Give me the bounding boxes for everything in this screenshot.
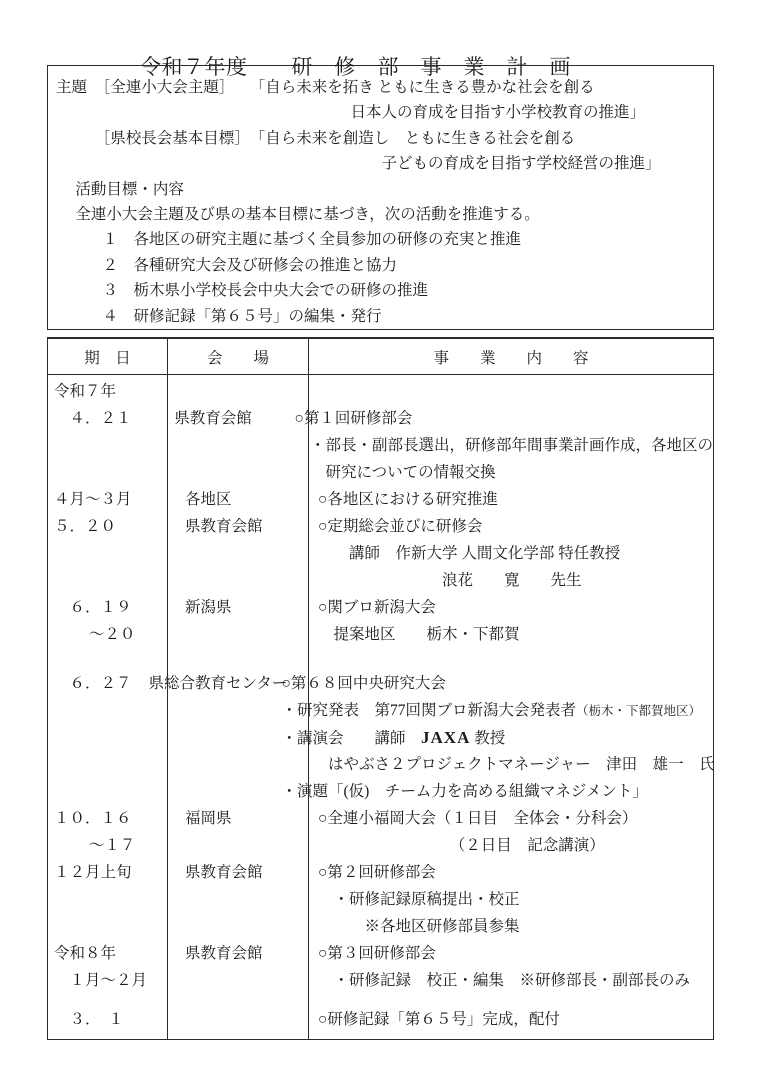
document-page: 令和７年度研 修 部 事 業 計 画 主題 ［全連小大会主題］ 「自ら未来を拓き… bbox=[0, 0, 761, 1082]
schedule-content-cell: ○全連小福岡大会（１日目 全体会・分科会） （２日目 記念講演）○第２回研修部会… bbox=[309, 805, 713, 940]
schedule-line bbox=[168, 540, 309, 567]
schedule-content-cell: ○第３回研修部会 ・研修記録 校正・編集 ※研修部長・副部長のみ bbox=[309, 940, 713, 994]
schedule-date-cell: ６．１９ ～２０ bbox=[48, 594, 168, 648]
summary-line: ３ 栃木県小学校長会中央大会での研修の推進 bbox=[48, 278, 713, 303]
schedule-line bbox=[168, 1006, 309, 1033]
summary-line: 全連小大会主題及び県の基本目標に基づき，次の活動を推進する。 bbox=[48, 202, 713, 227]
text-segment: 教授 bbox=[470, 730, 505, 747]
schedule-venue-cell: 福岡県県教育会館 bbox=[168, 805, 309, 940]
schedule-row: １０．１６ ～１７１２月上旬福岡県県教育会館○全連小福岡大会（１日目 全体会・分… bbox=[48, 805, 713, 940]
col-header-date: 期 日 bbox=[48, 339, 168, 374]
schedule-line: ・講演会 講師 JAXA 教授 bbox=[273, 724, 713, 751]
schedule-header-row: 期 日 会 場 事 業 内 容 bbox=[48, 339, 713, 375]
schedule-date-cell: １０．１６ ～１７１２月上旬 bbox=[48, 805, 168, 940]
schedule-line: ○各地区における研究推進 bbox=[309, 486, 713, 513]
schedule-line bbox=[168, 886, 309, 913]
schedule-line: 講師 作新大学 人間文化学部 特任教授 bbox=[309, 540, 713, 567]
schedule-row: ６．２７県総合教育センター○第６８回中央研究大会・研究発表 第77回関ブロ新潟大… bbox=[48, 670, 713, 805]
schedule-line: １０．１６ bbox=[48, 805, 168, 832]
summary-line: 活動目標・内容 bbox=[48, 177, 713, 202]
summary-line: 主題 ［全連小大会主題］ 「自ら未来を拓き ともに生きる豊かな社会を創る bbox=[48, 75, 713, 100]
schedule-line bbox=[48, 567, 168, 594]
schedule-venue-cell: 県教育会館 bbox=[168, 940, 309, 994]
schedule-line bbox=[168, 967, 309, 994]
schedule-line: １月～２月 bbox=[48, 967, 168, 994]
schedule-content-cell: ○研修記録「第６５号」完成，配付 bbox=[309, 1006, 713, 1033]
schedule-body: 令和７年 ４．２１県教育会館○第１回研修部会 ・部長・副部長選出，研修部年間事業… bbox=[48, 375, 713, 1040]
schedule-venue-cell: 新潟県 bbox=[168, 594, 309, 648]
schedule-line: ・部長・副部長選出，研修部年間事業計画作成，各地区の bbox=[285, 432, 713, 459]
schedule-row: 令和８年 １月～２月県教育会館○第３回研修部会 ・研修記録 校正・編集 ※研修部… bbox=[48, 940, 713, 994]
column-divider bbox=[167, 375, 168, 1040]
col-header-venue: 会 場 bbox=[168, 339, 309, 374]
summary-line: ２ 各種研究大会及び研修会の推進と協力 bbox=[48, 253, 713, 278]
schedule-line: ～２０ bbox=[48, 621, 168, 648]
schedule-line: 県教育会館 bbox=[168, 859, 309, 886]
schedule-table: 期 日 会 場 事 業 内 容 令和７年 ４．２１県教育会館○第１回研修部会 ・… bbox=[47, 337, 714, 1040]
schedule-line: 県総合教育センター bbox=[132, 670, 273, 697]
schedule-line: ○研修記録「第６５号」完成，配付 bbox=[309, 1006, 713, 1033]
schedule-line: ○関ブロ新潟大会 bbox=[309, 594, 713, 621]
schedule-date-cell: ６．２７ bbox=[48, 670, 132, 805]
schedule-line bbox=[168, 832, 309, 859]
schedule-line: ６．１９ bbox=[48, 594, 168, 621]
schedule-line: 福岡県 bbox=[168, 805, 309, 832]
schedule-row: ４月～３月５．２０各地区県教育会館○各地区における研究推進○定期総会並びに研修会… bbox=[48, 486, 713, 594]
schedule-line bbox=[132, 724, 273, 751]
schedule-line: ○定期総会並びに研修会 bbox=[309, 513, 713, 540]
schedule-line bbox=[48, 724, 132, 751]
schedule-date-cell: 令和７年 ４．２１ bbox=[48, 378, 157, 486]
schedule-line: 新潟県 bbox=[168, 594, 309, 621]
schedule-line: ・演題「(仮) チーム力を高める組織マネジメント」 bbox=[273, 778, 713, 805]
schedule-line: ・研修記録原稿提出・校正 bbox=[309, 886, 713, 913]
schedule-line bbox=[168, 621, 309, 648]
summary-line: ４ 研修記録「第６５号」の編集・発行 bbox=[48, 304, 713, 329]
text-segment: ・研究発表 第77回関ブロ新潟大会発表者 bbox=[282, 702, 577, 719]
schedule-line: ・研究発表 第77回関ブロ新潟大会発表者（栃木・下都賀地区） bbox=[273, 697, 713, 724]
schedule-line bbox=[48, 913, 168, 940]
schedule-line: ３． １ bbox=[48, 1006, 168, 1033]
column-divider bbox=[308, 375, 309, 1040]
schedule-line: ５．２０ bbox=[48, 513, 168, 540]
schedule-line bbox=[48, 540, 168, 567]
schedule-line: 各地区 bbox=[168, 486, 309, 513]
summary-line: ［県校長会基本目標］ 「自ら未来を創造し ともに生きる社会を創る bbox=[48, 126, 713, 151]
schedule-line: １２月上旬 bbox=[48, 859, 168, 886]
schedule-date-cell: ４月～３月５．２０ bbox=[48, 486, 168, 594]
schedule-date-cell: ３． １ bbox=[48, 1006, 168, 1033]
schedule-line: 提案地区 栃木・下都賀 bbox=[309, 621, 713, 648]
text-segment: ・講演会 講師 bbox=[282, 730, 422, 747]
schedule-line: 県教育会館 bbox=[168, 513, 309, 540]
schedule-line bbox=[157, 378, 285, 405]
schedule-row: ３． １○研修記録「第６５号」完成，配付 bbox=[48, 1006, 713, 1033]
schedule-line: ４．２１ bbox=[48, 405, 157, 432]
schedule-line: ○第２回研修部会 bbox=[309, 859, 713, 886]
schedule-line bbox=[132, 697, 273, 724]
schedule-line bbox=[168, 913, 309, 940]
schedule-line bbox=[48, 778, 132, 805]
schedule-line bbox=[48, 886, 168, 913]
summary-line: １ 各地区の研究主題に基づく全員参加の研修の充実と推進 bbox=[48, 227, 713, 252]
schedule-line: ○第６８回中央研究大会 bbox=[273, 670, 713, 697]
schedule-line bbox=[168, 567, 309, 594]
schedule-venue-cell bbox=[168, 1006, 309, 1033]
schedule-content-cell: ○関ブロ新潟大会 提案地区 栃木・下都賀 bbox=[309, 594, 713, 648]
schedule-line: ○全連小福岡大会（１日目 全体会・分科会） bbox=[309, 805, 713, 832]
schedule-content-cell: ○各地区における研究推進○定期総会並びに研修会 講師 作新大学 人間文化学部 特… bbox=[309, 486, 713, 594]
schedule-venue-cell: 県総合教育センター bbox=[132, 670, 273, 805]
schedule-line bbox=[48, 697, 132, 724]
schedule-line: ○第１回研修部会 bbox=[285, 405, 713, 432]
schedule-line bbox=[48, 459, 157, 486]
schedule-line bbox=[285, 378, 713, 405]
schedule-line: 令和８年 bbox=[48, 940, 168, 967]
schedule-row: 令和７年 ４．２１県教育会館○第１回研修部会 ・部長・副部長選出，研修部年間事業… bbox=[48, 378, 713, 486]
summary-line: 日本人の育成を目指す小学校教育の推進」 bbox=[48, 100, 713, 125]
schedule-row: ６．１９ ～２０新潟県○関ブロ新潟大会 提案地区 栃木・下都賀 bbox=[48, 594, 713, 648]
schedule-line bbox=[48, 432, 157, 459]
schedule-line: 浪花 寛 先生 bbox=[309, 567, 713, 594]
schedule-line bbox=[157, 432, 285, 459]
schedule-line: 県教育会館 bbox=[157, 405, 285, 432]
schedule-line bbox=[132, 778, 273, 805]
latin-acronym: JAXA bbox=[421, 728, 470, 747]
schedule-line: ・研修記録 校正・編集 ※研修部長・副部長のみ bbox=[309, 967, 713, 994]
schedule-line: （２日目 記念講演） bbox=[309, 832, 713, 859]
schedule-date-cell: 令和８年 １月～２月 bbox=[48, 940, 168, 994]
summary-box: 主題 ［全連小大会主題］ 「自ら未来を拓き ともに生きる豊かな社会を創る 日本人… bbox=[47, 65, 714, 330]
schedule-venue-cell: 県教育会館 bbox=[157, 378, 285, 486]
schedule-line: ４月～３月 bbox=[48, 486, 168, 513]
schedule-line: はやぶさ２プロジェクトマネージャー 津田 雄一 氏 bbox=[273, 751, 713, 778]
small-note: （栃木・下都賀地区） bbox=[576, 704, 701, 718]
summary-line: 子どもの育成を目指す学校経営の推進」 bbox=[48, 151, 713, 176]
schedule-line: ～１７ bbox=[48, 832, 168, 859]
schedule-line: ※各地区研修部員参集 bbox=[309, 913, 713, 940]
schedule-line: 研究についての情報交換 bbox=[285, 459, 713, 486]
schedule-line: 令和７年 bbox=[48, 378, 157, 405]
schedule-line: ６．２７ bbox=[48, 670, 132, 697]
schedule-line bbox=[132, 751, 273, 778]
schedule-venue-cell: 各地区県教育会館 bbox=[168, 486, 309, 594]
col-header-content: 事 業 内 容 bbox=[309, 339, 713, 374]
schedule-line: ○第３回研修部会 bbox=[309, 940, 713, 967]
schedule-content-cell: ○第１回研修部会 ・部長・副部長選出，研修部年間事業計画作成，各地区の 研究につ… bbox=[285, 378, 713, 486]
schedule-line bbox=[157, 459, 285, 486]
schedule-content-cell: ○第６８回中央研究大会・研究発表 第77回関ブロ新潟大会発表者（栃木・下都賀地区… bbox=[273, 670, 713, 805]
schedule-line: 県教育会館 bbox=[168, 940, 309, 967]
schedule-line bbox=[48, 751, 132, 778]
